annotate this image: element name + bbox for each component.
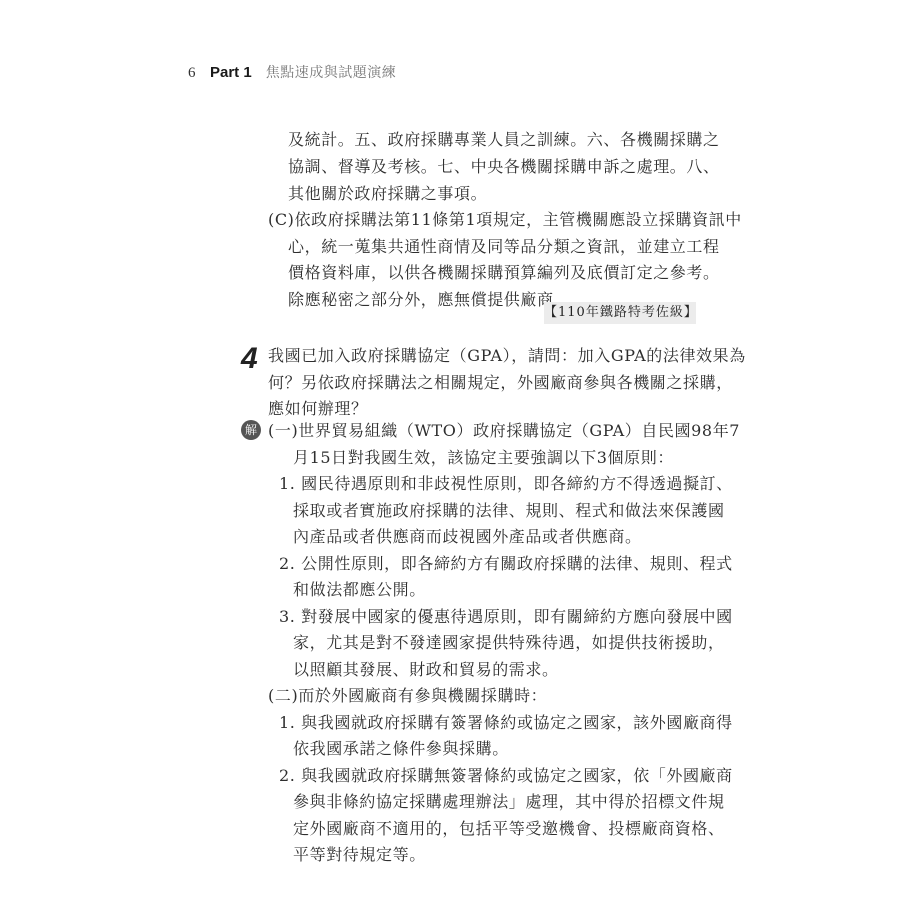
list-item: 2. 與我國就政府採購無簽署條約或協定之國家，依「外國廠商 xyxy=(279,766,733,786)
list-item: 平等對待規定等。 xyxy=(293,845,426,865)
list-item: 內產品或者供應商而歧視國外產品或者供應商。 xyxy=(293,527,642,547)
list-item: 2. 公開性原則，即各締約方有關政府採購的法律、規則、程式 xyxy=(279,554,733,574)
answer-line: 月15日對我國生效，該協定主要強調以下3個原則： xyxy=(293,448,674,468)
answer-line: (二)而於外國廠商有參與機關採購時： xyxy=(268,686,547,706)
text-line: 及統計。五、政府採購專業人員之訓練。六、各機關採購之 xyxy=(288,130,720,150)
item-c-line: 除應秘密之部分外，應無償提供廠商。 xyxy=(288,290,570,310)
list-item: 定外國廠商不適用的，包括平等受邀機會、投標廠商資格、 xyxy=(293,819,725,839)
list-item: 1. 國民待遇原則和非歧視性原則，即各締約方不得透過擬訂、 xyxy=(279,474,733,494)
answer-line: (一)世界貿易組織（WTO）政府採購協定（GPA）自民國98年7 xyxy=(268,421,740,441)
text-line: 協調、督導及考核。七、中央各機關採購申訴之處理。八、 xyxy=(288,157,720,177)
page-number: 6 xyxy=(188,65,210,82)
answer-icon: 解 xyxy=(241,420,261,440)
list-item: 參與非條約協定採購處理辦法」處理，其中得於招標文件規 xyxy=(293,792,725,812)
item-c-line: 價格資料庫，以供各機關採購預算編列及底價訂定之參考。 xyxy=(288,263,720,283)
item-c-line: (C)依政府採購法第11條第1項規定，主管機關應設立採購資訊中 xyxy=(268,210,742,230)
list-item: 以照顧其發展、財政和貿易的需求。 xyxy=(293,660,559,680)
list-item: 依我國承諾之條件參與採購。 xyxy=(293,739,509,759)
text-line: 其他關於政府採購之事項。 xyxy=(288,184,487,204)
list-item: 1. 與我國就政府採購有簽署條約或協定之國家，該外國廠商得 xyxy=(279,713,733,733)
list-item: 和做法都應公開。 xyxy=(293,580,426,600)
running-header: 6 Part 1 焦點速成與試題演練 xyxy=(188,62,396,82)
list-item: 家，尤其是對不發達國家提供特殊待遇，如提供技術援助， xyxy=(293,633,725,653)
part-label: Part 1 xyxy=(210,64,252,81)
question-number: 4 xyxy=(241,344,258,374)
question-line: 應如何辦理？ xyxy=(268,399,368,419)
list-item: 3. 對發展中國家的優惠待遇原則，即有關締約方應向發展中國 xyxy=(279,607,733,627)
question-line: 何？另依政府採購法之相關規定，外國廠商參與各機關之採購， xyxy=(268,373,733,393)
exam-source-tag: 【110年鐵路特考佐級】 xyxy=(544,302,696,324)
list-item: 採取或者實施政府採購的法律、規則、程式和做法來保護國 xyxy=(293,501,725,521)
item-c-line: 心，統一蒐集共通性商情及同等品分類之資訊，並建立工程 xyxy=(288,237,720,257)
chapter-title: 焦點速成與試題演練 xyxy=(266,62,397,82)
question-line: 我國已加入政府採購協定（GPA），請問：加入GPA的法律效果為 xyxy=(268,346,746,366)
